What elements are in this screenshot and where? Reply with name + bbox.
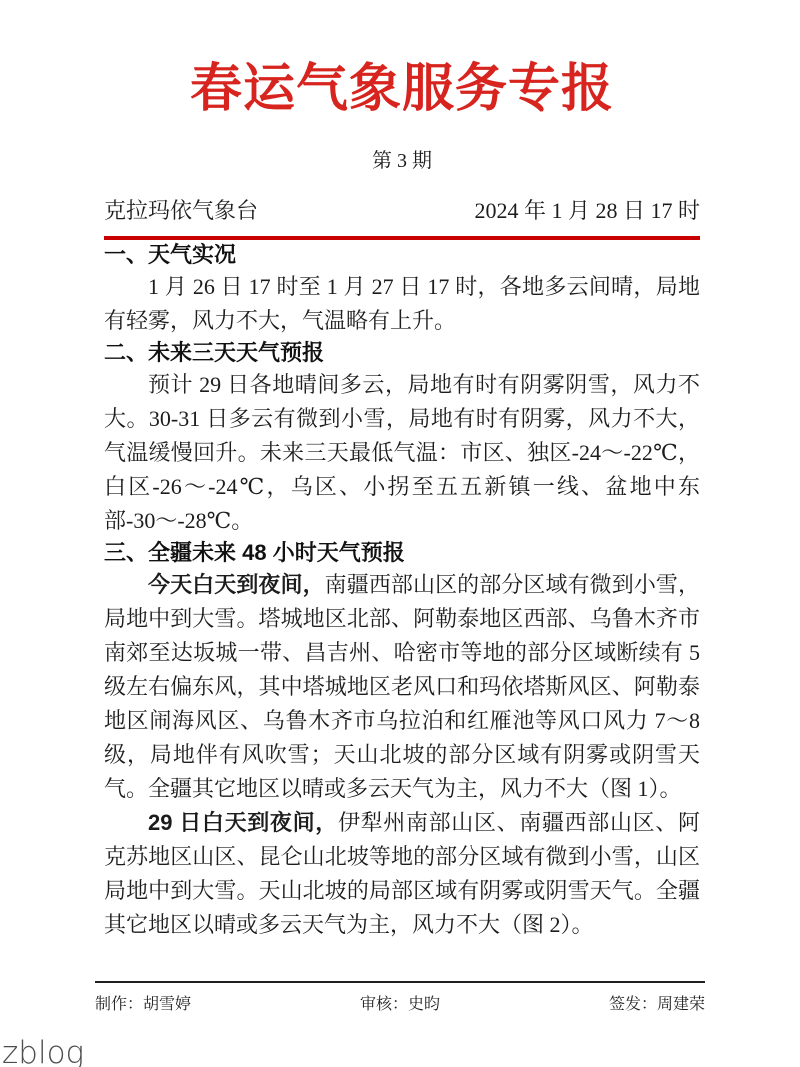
- paragraph-text: 1 月 26 日 17 时至 1 月 27 日 17 时，各地多云间晴，局地有轻…: [104, 274, 700, 333]
- footer-issuer: 签发：周建荣: [609, 994, 705, 1016]
- station-name: 克拉玛依气象台: [104, 196, 258, 226]
- issue-number: 第 3 期: [104, 148, 700, 174]
- zblog-watermark: zblog: [2, 1035, 84, 1067]
- paragraph-three-day-forecast: 预计 29 日各地晴间多云，局地有时有阴雾阴雪，风力不大。30-31 日多云有微…: [104, 368, 700, 538]
- section-heading-48h-forecast: 三、全疆未来 48 小时天气预报: [104, 538, 700, 568]
- paragraph-text: 预计 29 日各地晴间多云，局地有时有阴雾阴雪，风力不大。30-31 日多云有微…: [104, 372, 700, 533]
- section-heading-three-day-forecast: 二、未来三天天气预报: [104, 338, 700, 368]
- document-content: 春运气象服务专报 第 3 期 克拉玛依气象台 2024 年 1 月 28 日 1…: [104, 0, 700, 942]
- issue-datetime: 2024 年 1 月 28 日 17 时: [474, 196, 700, 226]
- footer-reviewer: 审核：史昀: [360, 994, 440, 1016]
- document-page: 春运气象服务专报 第 3 期 克拉玛依气象台 2024 年 1 月 28 日 1…: [0, 0, 800, 1067]
- paragraph-lead: 今天白天到夜间，: [148, 572, 325, 597]
- paragraph-weather-actual: 1 月 26 日 17 时至 1 月 27 日 17 时，各地多云间晴，局地有轻…: [104, 270, 700, 338]
- page-title: 春运气象服务专报: [104, 0, 700, 118]
- footer-signature-row: 制作：胡雪婷 审核：史昀 签发：周建荣: [95, 981, 705, 1016]
- paragraph-lead: 29 日白天到夜间，: [148, 810, 338, 835]
- footer-maker: 制作：胡雪婷: [95, 994, 191, 1016]
- meta-row: 克拉玛依气象台 2024 年 1 月 28 日 17 时: [104, 196, 700, 226]
- paragraph-text: 南疆西部山区的部分区域有微到小雪，局地中到大雪。塔城地区北部、阿勒泰地区西部、乌…: [104, 572, 700, 801]
- paragraph-48h-today: 今天白天到夜间，南疆西部山区的部分区域有微到小雪，局地中到大雪。塔城地区北部、阿…: [104, 568, 700, 806]
- section-heading-weather-actual: 一、天气实况: [104, 240, 700, 270]
- paragraph-48h-day29: 29 日白天到夜间，伊犁州南部山区、南疆西部山区、阿克苏地区山区、昆仑山北坡等地…: [104, 806, 700, 942]
